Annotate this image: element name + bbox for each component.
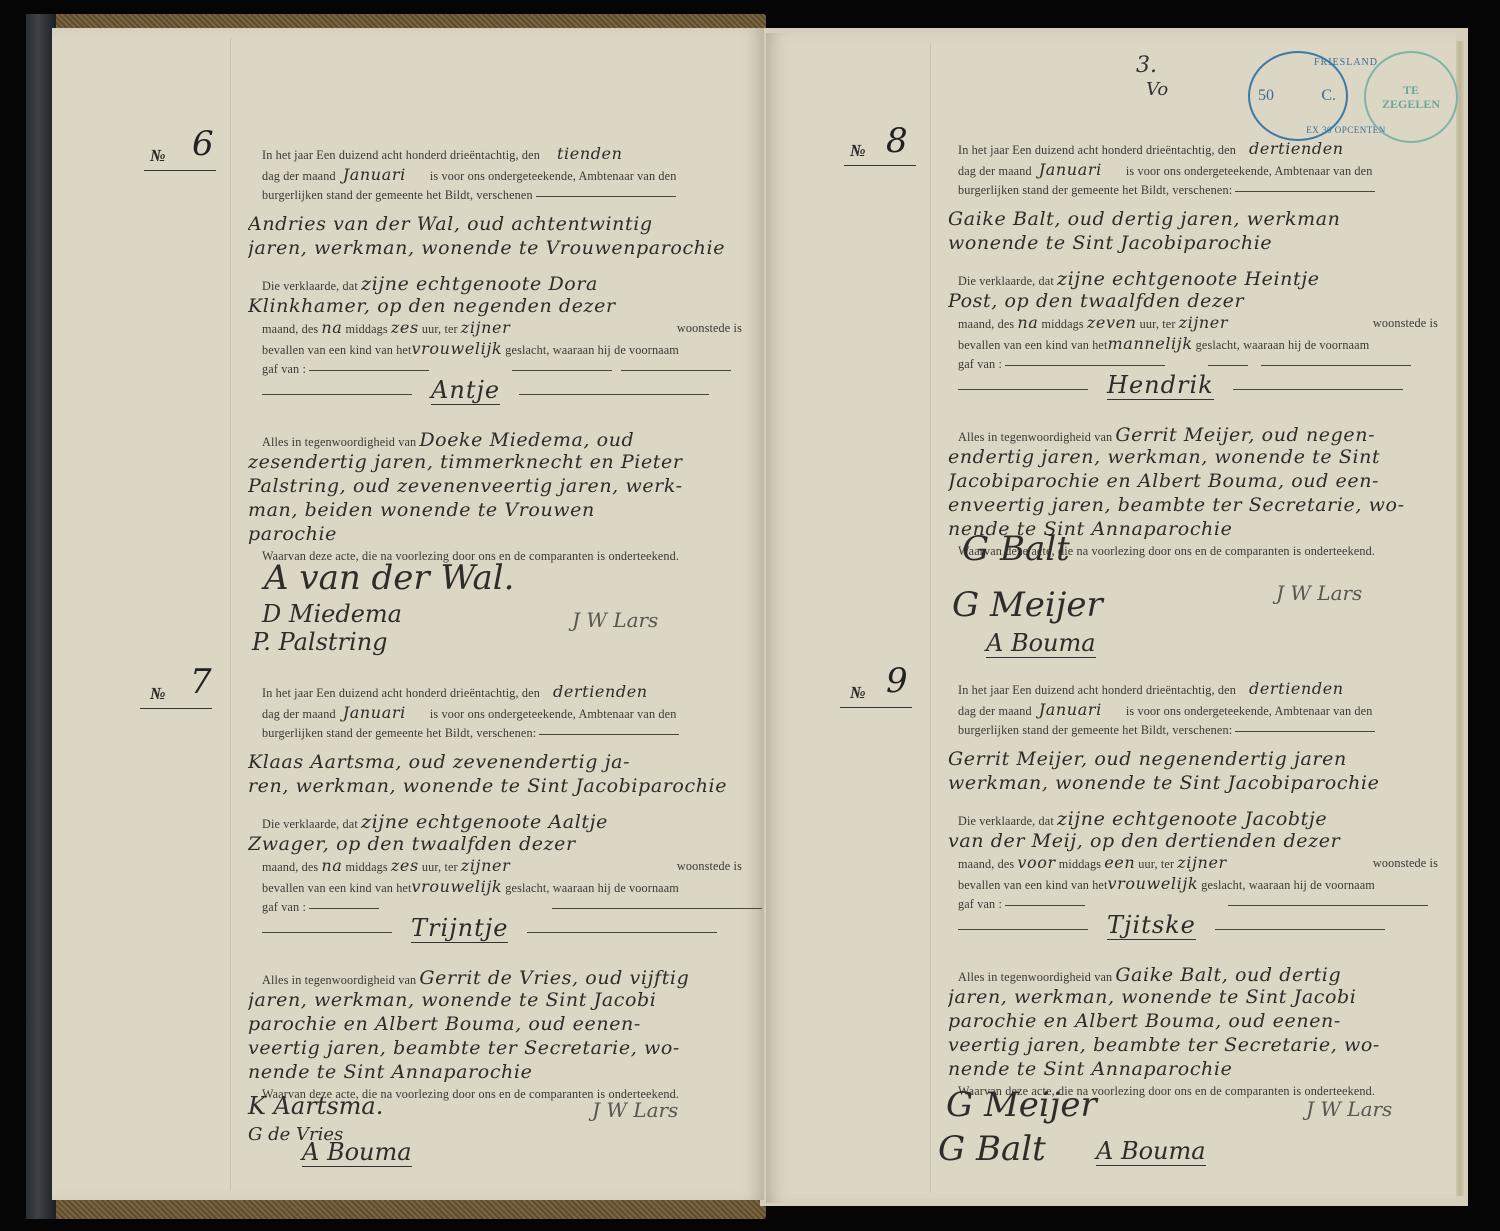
signature-official: J W Lars bbox=[572, 608, 658, 632]
form-text: uur, ter bbox=[1138, 857, 1174, 871]
form-text: gaf van : bbox=[262, 362, 306, 376]
witness-line: veertig jaren, beambte ter Secretarie, w… bbox=[948, 1033, 1438, 1057]
witness-line: veertig jaren, beambte ter Secretarie, w… bbox=[248, 1036, 742, 1060]
folio-number: 3. bbox=[1136, 53, 1157, 78]
form-text: burgerlijken stand der gemeente het Bild… bbox=[262, 726, 533, 740]
form-text: middags bbox=[345, 322, 387, 336]
des-value: na bbox=[321, 856, 342, 875]
form-text: Die verklaarde, dat bbox=[958, 274, 1054, 288]
entry-body: In het jaar Een duizend acht honderd dri… bbox=[958, 139, 1438, 562]
form-text: middags bbox=[1059, 857, 1101, 871]
entry-number: 7 bbox=[190, 662, 212, 702]
sex-value: mannelijk bbox=[1108, 334, 1193, 353]
form-text: woonstede is bbox=[677, 856, 742, 877]
hour-value: een bbox=[1104, 853, 1135, 872]
child-name: Trijntje bbox=[411, 914, 508, 943]
des-value: voor bbox=[1017, 853, 1055, 872]
page-edges bbox=[1456, 41, 1464, 1196]
form-text: Die verklaarde, dat bbox=[262, 817, 358, 831]
child-name: Antje bbox=[431, 376, 500, 405]
entry-body: In het jaar Een duizend acht honderd dri… bbox=[958, 679, 1438, 1102]
form-text: is voor ons ondergeteekende, Ambtenaar v… bbox=[430, 707, 677, 721]
signature-father: G Meijer bbox=[946, 1085, 1097, 1125]
wife-first: zijne echtgenoote Heintje bbox=[1057, 268, 1320, 290]
form-text: woonstede is bbox=[1373, 313, 1438, 334]
entry-number-label: № bbox=[150, 146, 166, 166]
form-text: middags bbox=[1041, 317, 1083, 331]
child-name: Tjitske bbox=[1107, 911, 1196, 940]
entry-number: 9 bbox=[886, 661, 908, 701]
entry-number-label: № bbox=[850, 141, 866, 161]
entry-number: 6 bbox=[192, 124, 214, 164]
form-text: geslacht, waaraan hij de bbox=[505, 881, 626, 895]
witness-line: nende te Sint Annaparochie bbox=[948, 1057, 1438, 1081]
declarant-line: Klaas Aartsma, oud zevenendertig ja- bbox=[248, 750, 742, 774]
declarant-line: Andries van der Wal, oud achtentwintig bbox=[248, 212, 742, 236]
day-value: dertienden bbox=[1249, 679, 1344, 698]
form-text: In het jaar Een duizend acht honderd dri… bbox=[958, 683, 1236, 697]
declarant-line: wonende te Sint Jacobiparochie bbox=[948, 231, 1438, 255]
form-text: is voor ons ondergeteekende, Ambtenaar v… bbox=[1126, 704, 1373, 718]
tax-stamp-friesland: FRIESLAND 50 C. EX 30 OPCENTEN bbox=[1248, 51, 1348, 141]
witness-line: parochie en Albert Bouma, oud eenen- bbox=[248, 1012, 742, 1036]
sex-value: vrouwelijk bbox=[1108, 874, 1199, 893]
wife-second: van der Meij, op den dertienden dezer bbox=[948, 829, 1438, 853]
signature-witness-2: A Bouma bbox=[302, 1138, 412, 1167]
place-value: zijner bbox=[461, 318, 511, 337]
witness-line: man, beiden wonende te Vrouwen bbox=[248, 498, 742, 522]
month-value: Januari bbox=[1039, 160, 1102, 179]
signature-witness-2: A Bouma bbox=[1096, 1137, 1206, 1166]
witness-line: Jacobiparochie en Albert Bouma, oud een- bbox=[948, 469, 1438, 493]
declarant-line: werkman, wonende te Sint Jacobiparochie bbox=[948, 771, 1438, 795]
wife-second: Klinkhamer, op den negenden dezer bbox=[248, 294, 742, 318]
declarant-line: Gerrit Meijer, oud negenendertig jaren bbox=[948, 747, 1438, 771]
form-text: gaf van : bbox=[262, 900, 306, 914]
folio-initials: Vo bbox=[1146, 79, 1168, 100]
form-text: uur, ter bbox=[422, 860, 458, 874]
form-text: maand, des bbox=[958, 857, 1014, 871]
form-text: geslacht, waaraan hij de bbox=[1201, 878, 1322, 892]
wife-first: zijne echtgenoote Aaltje bbox=[361, 811, 608, 833]
witness-line: endertig jaren, werkman, wonende te Sint bbox=[948, 445, 1438, 469]
form-text: Alles in tegenwoordigheid van bbox=[958, 430, 1112, 444]
form-text: maand, des bbox=[958, 317, 1014, 331]
form-text: bevallen van een kind van het bbox=[958, 338, 1108, 352]
form-text: dag der maand bbox=[958, 704, 1032, 718]
day-value: dertienden bbox=[1249, 139, 1344, 158]
wife-second: Post, op den twaalfden dezer bbox=[948, 289, 1438, 313]
form-text: burgerlijken stand der gemeente het Bild… bbox=[958, 183, 1229, 197]
witness-line: zesendertig jaren, timmerknecht en Piete… bbox=[248, 450, 742, 474]
form-text: voornaam bbox=[629, 881, 679, 895]
form-text: geslacht, waaraan hij de bbox=[1196, 338, 1317, 352]
sex-value: vrouwelijk bbox=[412, 339, 503, 358]
des-value: na bbox=[321, 318, 342, 337]
stamp-text: ZEGELEN bbox=[1366, 97, 1456, 111]
entry-number-rule bbox=[144, 170, 216, 171]
signature-official: J W Lars bbox=[1276, 581, 1362, 605]
signature-witness-2: A Bouma bbox=[986, 629, 1096, 658]
day-value: tienden bbox=[557, 144, 623, 163]
witness-line: Doeke Miedema, oud bbox=[419, 429, 634, 451]
signature-witness-2: P. Palstring bbox=[252, 628, 388, 656]
witness-line: Gerrit Meijer, oud negen- bbox=[1115, 424, 1375, 446]
form-text: woonstede is bbox=[677, 318, 742, 339]
te-zegelen-stamp: TEZEGELEN bbox=[1364, 51, 1458, 143]
des-value: na bbox=[1017, 313, 1038, 332]
stamp-text: 50 bbox=[1258, 87, 1274, 105]
form-text: gaf van : bbox=[958, 357, 1002, 371]
form-text: voornaam bbox=[1325, 878, 1375, 892]
witness-line: parochie en Albert Bouma, oud eenen- bbox=[948, 1009, 1438, 1033]
form-text: bevallen van een kind van het bbox=[958, 878, 1108, 892]
form-text: is voor ons ondergeteekende, Ambtenaar v… bbox=[1126, 164, 1373, 178]
form-text: bevallen van een kind van het bbox=[262, 881, 412, 895]
form-text: In het jaar Een duizend acht honderd dri… bbox=[262, 148, 540, 162]
signature-witness-1: D Miedema bbox=[262, 600, 402, 628]
entry-number: 8 bbox=[886, 121, 908, 161]
form-text: dag der maand bbox=[262, 169, 336, 183]
month-value: Januari bbox=[1039, 700, 1102, 719]
day-value: dertienden bbox=[553, 682, 648, 701]
witness-line: Gaike Balt, oud dertig bbox=[1115, 964, 1341, 986]
form-text: maand, des bbox=[262, 322, 318, 336]
entry-number-rule bbox=[140, 708, 212, 709]
entry-number-rule bbox=[840, 707, 912, 708]
form-text: dag der maand bbox=[262, 707, 336, 721]
margin-rule bbox=[930, 43, 931, 1193]
place-value: zijner bbox=[1179, 313, 1229, 332]
month-value: Januari bbox=[343, 165, 406, 184]
form-text: Alles in tegenwoordigheid van bbox=[958, 970, 1112, 984]
stamp-text: C. bbox=[1321, 87, 1336, 105]
form-text: woonstede is bbox=[1373, 853, 1438, 874]
form-text: burgerlijken stand der gemeente het Bild… bbox=[958, 723, 1229, 737]
form-text: Die verklaarde, dat bbox=[262, 279, 358, 293]
left-page: № 6 In het jaar Een duizend acht honderd… bbox=[52, 28, 764, 1200]
stamp-text: TE bbox=[1366, 83, 1456, 97]
wife-first: zijne echtgenoote Dora bbox=[361, 273, 598, 295]
signature-father: K Aartsma. bbox=[248, 1092, 383, 1120]
form-text: Die verklaarde, dat bbox=[958, 814, 1054, 828]
form-text: middags bbox=[345, 860, 387, 874]
hour-value: zes bbox=[391, 856, 419, 875]
declarant-line: ren, werkman, wonende te Sint Jacobiparo… bbox=[248, 774, 742, 798]
form-text: gaf van : bbox=[958, 897, 1002, 911]
signature-father: G Balt bbox=[962, 529, 1070, 569]
entry-body: In het jaar Een duizend acht honderd dri… bbox=[262, 682, 742, 1105]
form-text: Alles in tegenwoordigheid van bbox=[262, 973, 416, 987]
witness-line: jaren, werkman, wonende te Sint Jacobi bbox=[948, 985, 1438, 1009]
form-text: Alles in tegenwoordigheid van bbox=[262, 435, 416, 449]
declarant-line: jaren, werkman, wonende te Vrouwenparoch… bbox=[248, 236, 742, 260]
entry-number-label: № bbox=[150, 684, 166, 704]
form-text: uur, ter bbox=[422, 322, 458, 336]
form-text: burgerlijken stand der gemeente het Bild… bbox=[262, 188, 533, 202]
signature-witness-1: G Balt bbox=[938, 1129, 1046, 1169]
hour-value: zes bbox=[391, 318, 419, 337]
margin-rule bbox=[230, 38, 231, 1190]
signature-official: J W Lars bbox=[592, 1098, 678, 1122]
entry-number-rule bbox=[844, 165, 916, 166]
form-text: uur, ter bbox=[1140, 317, 1176, 331]
right-page: 3. Vo FRIESLAND 50 C. EX 30 OPCENTEN TEZ… bbox=[766, 33, 1456, 1203]
hour-value: zeven bbox=[1087, 313, 1137, 332]
month-value: Januari bbox=[343, 703, 406, 722]
wife-first: zijne echtgenoote Jacobtje bbox=[1057, 808, 1327, 830]
place-value: zijner bbox=[1177, 853, 1227, 872]
declarant-line: Gaike Balt, oud dertig jaren, werkman bbox=[948, 207, 1438, 231]
form-text: is voor ons ondergeteekende, Ambtenaar v… bbox=[430, 169, 677, 183]
witness-line: enveertig jaren, beambte ter Secretarie,… bbox=[948, 493, 1438, 517]
signature-father: A van der Wal. bbox=[264, 558, 514, 598]
form-text: geslacht, waaraan hij de bbox=[505, 343, 626, 357]
signature-official: J W Lars bbox=[1306, 1097, 1392, 1121]
form-text: maand, des bbox=[262, 860, 318, 874]
witness-line: Gerrit de Vries, oud vijftig bbox=[419, 967, 689, 989]
form-text: dag der maand bbox=[958, 164, 1032, 178]
sex-value: vrouwelijk bbox=[412, 877, 503, 896]
form-text: bevallen van een kind van het bbox=[262, 343, 412, 357]
witness-line: nende te Sint Annaparochie bbox=[248, 1060, 742, 1084]
witness-line: Palstring, oud zevenenveertig jaren, wer… bbox=[248, 474, 742, 498]
witness-line: parochie bbox=[248, 522, 742, 546]
witness-line: jaren, werkman, wonende te Sint Jacobi bbox=[248, 988, 742, 1012]
form-text: In het jaar Een duizend acht honderd dri… bbox=[262, 686, 540, 700]
form-text: voornaam bbox=[1319, 338, 1369, 352]
signature-witness-1: G Meijer bbox=[952, 585, 1103, 625]
entry-number-label: № bbox=[850, 683, 866, 703]
wife-second: Zwager, op den twaalfden dezer bbox=[248, 832, 742, 856]
entry-body: In het jaar Een duizend acht honderd dri… bbox=[262, 144, 742, 567]
form-text: In het jaar Een duizend acht honderd dri… bbox=[958, 143, 1236, 157]
child-name: Hendrik bbox=[1107, 371, 1214, 400]
place-value: zijner bbox=[461, 856, 511, 875]
form-text: voornaam bbox=[629, 343, 679, 357]
